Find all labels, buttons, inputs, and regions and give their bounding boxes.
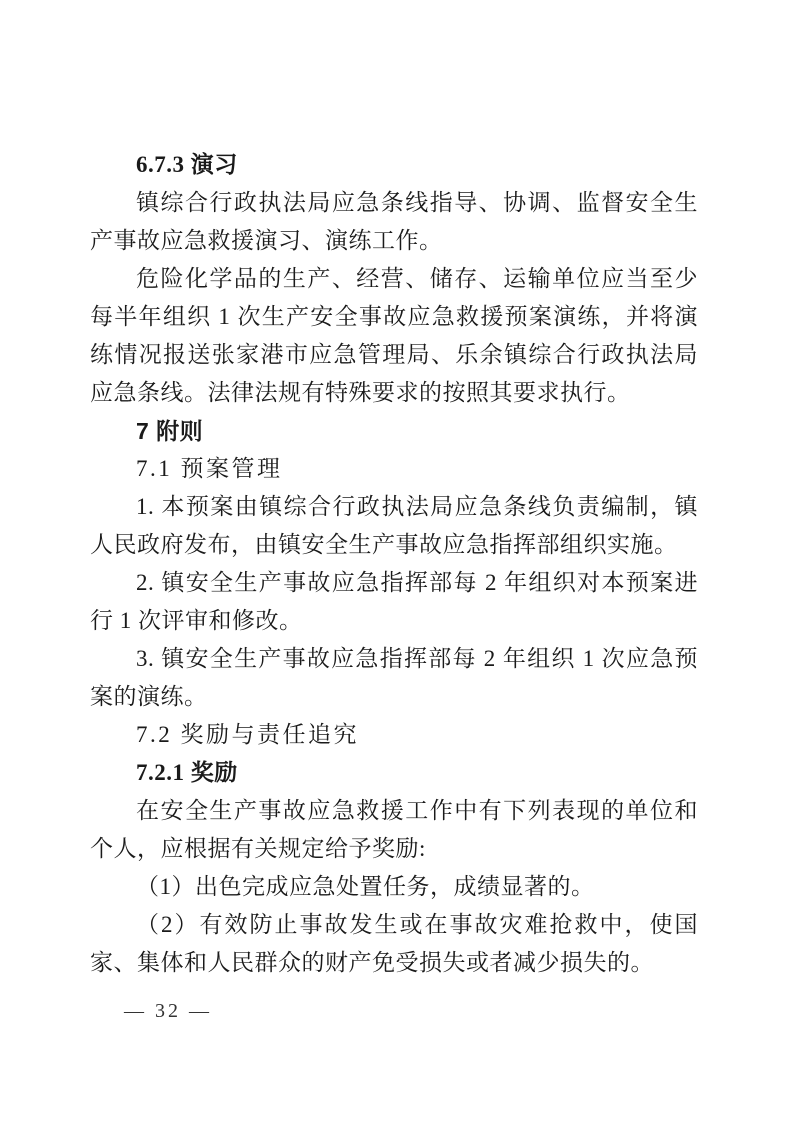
- document-page: 6.7.3 演习 镇综合行政执法局应急条线指导、协调、监督安全生产事故应急救援演…: [0, 0, 793, 1122]
- section-heading-7-2-rewards: 7.2 奖励与责任追究: [90, 716, 698, 754]
- section-heading-7-2-1-reward: 7.2.1 奖励: [90, 754, 698, 792]
- document-content: 6.7.3 演习 镇综合行政执法局应急条线指导、协调、监督安全生产事故应急救援演…: [90, 146, 698, 982]
- paragraph-reward-item-1: （1）出色完成应急处置任务，成绩显著的。: [90, 868, 698, 906]
- page-number: — 32 —: [124, 997, 212, 1025]
- paragraph-plan-item-2: 2. 镇安全生产事故应急指挥部每 2 年组织对本预案进行 1 次评审和修改。: [90, 564, 698, 640]
- paragraph-drill-supervision: 镇综合行政执法局应急条线指导、协调、监督安全生产事故应急救援演习、演练工作。: [90, 184, 698, 260]
- paragraph-plan-item-3: 3. 镇安全生产事故应急指挥部每 2 年组织 1 次应急预案的演练。: [90, 640, 698, 716]
- paragraph-hazchem-drill-req: 危险化学品的生产、经营、储存、运输单位应当至少每半年组织 1 次生产安全事故应急…: [90, 260, 698, 412]
- paragraph-reward-intro: 在安全生产事故应急救援工作中有下列表现的单位和个人，应根据有关规定给予奖励:: [90, 792, 698, 868]
- section-heading-7-appendix: 7 附则: [90, 412, 698, 450]
- section-heading-6-7-3-drill: 6.7.3 演习: [90, 146, 698, 184]
- paragraph-plan-item-1: 1. 本预案由镇综合行政执法局应急条线负责编制，镇人民政府发布，由镇安全生产事故…: [90, 488, 698, 564]
- paragraph-reward-item-2: （2）有效防止事故发生或在事故灾难抢救中，使国家、集体和人民群众的财产免受损失或…: [90, 906, 698, 982]
- section-heading-7-1-plan-mgmt: 7.1 预案管理: [90, 450, 698, 488]
